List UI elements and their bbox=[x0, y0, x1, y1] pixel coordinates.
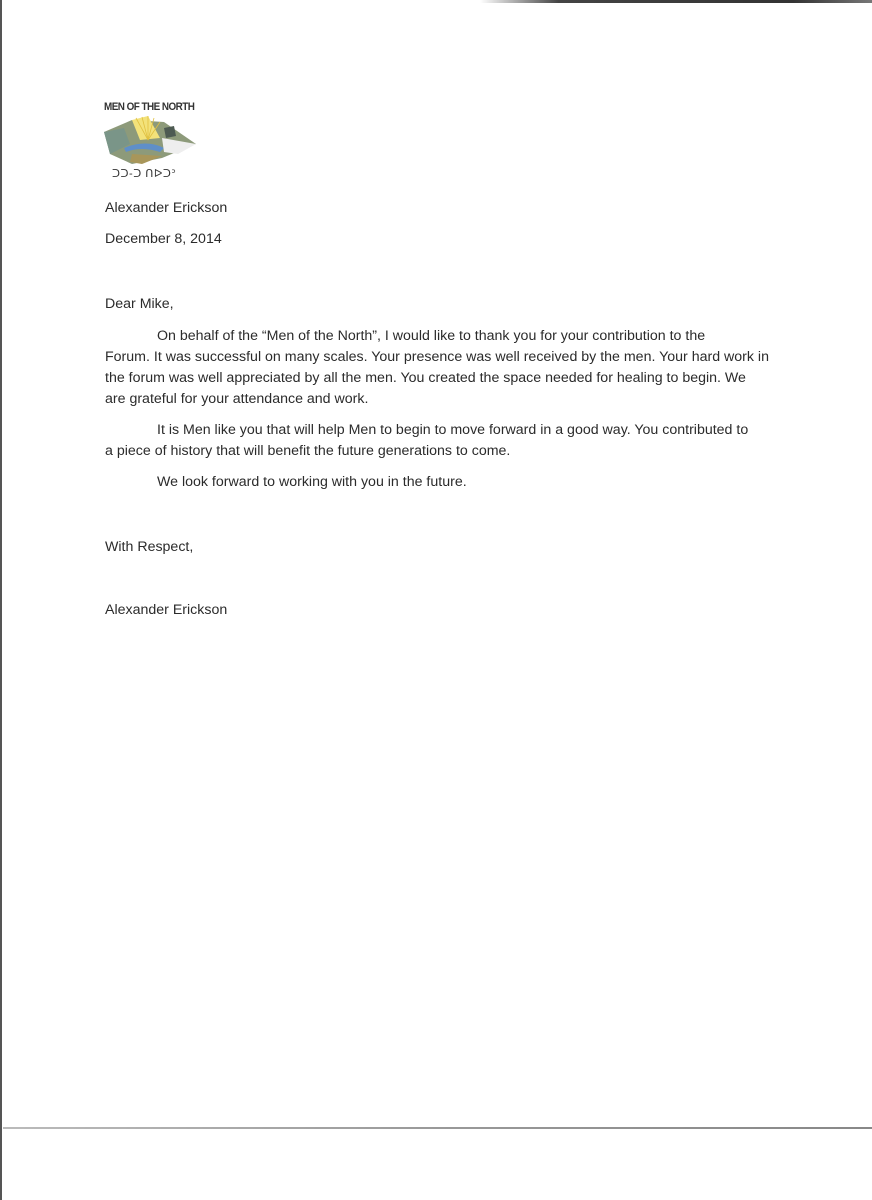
scan-edge-left bbox=[0, 0, 2, 1200]
paragraph-line: We look forward to working with you in t… bbox=[157, 472, 467, 493]
letter-date: December 8, 2014 bbox=[105, 229, 222, 250]
paragraph-line: It is Men like you that will help Men to… bbox=[157, 420, 748, 441]
paragraph-line: the forum was well appreciated by all th… bbox=[105, 368, 746, 389]
paragraph-line: On behalf of the “Men of the North”, I w… bbox=[157, 326, 705, 347]
scan-page-break bbox=[3, 1127, 872, 1129]
paragraph-line: Forum. It was successful on many scales.… bbox=[105, 347, 769, 368]
signature: Alexander Erickson bbox=[105, 600, 227, 621]
scan-top-shadow bbox=[480, 0, 872, 3]
closing: With Respect, bbox=[105, 537, 193, 558]
arrowhead-icon bbox=[102, 114, 198, 166]
salutation: Dear Mike, bbox=[105, 294, 174, 315]
paragraph-line: a piece of history that will benefit the… bbox=[105, 441, 510, 462]
paragraph-line: are grateful for your attendance and wor… bbox=[105, 389, 368, 410]
sender-name: Alexander Erickson bbox=[105, 198, 227, 219]
logo-syllabics: ᑐᑐ-ᑐ ᑎᐅᑐᐣ bbox=[112, 167, 176, 180]
men-of-the-north-logo: MEN OF THE NORTH ᑐᑐ-ᑐ ᑎᐅᑐᐣ bbox=[100, 98, 200, 190]
logo-title: MEN OF THE NORTH bbox=[104, 101, 194, 113]
